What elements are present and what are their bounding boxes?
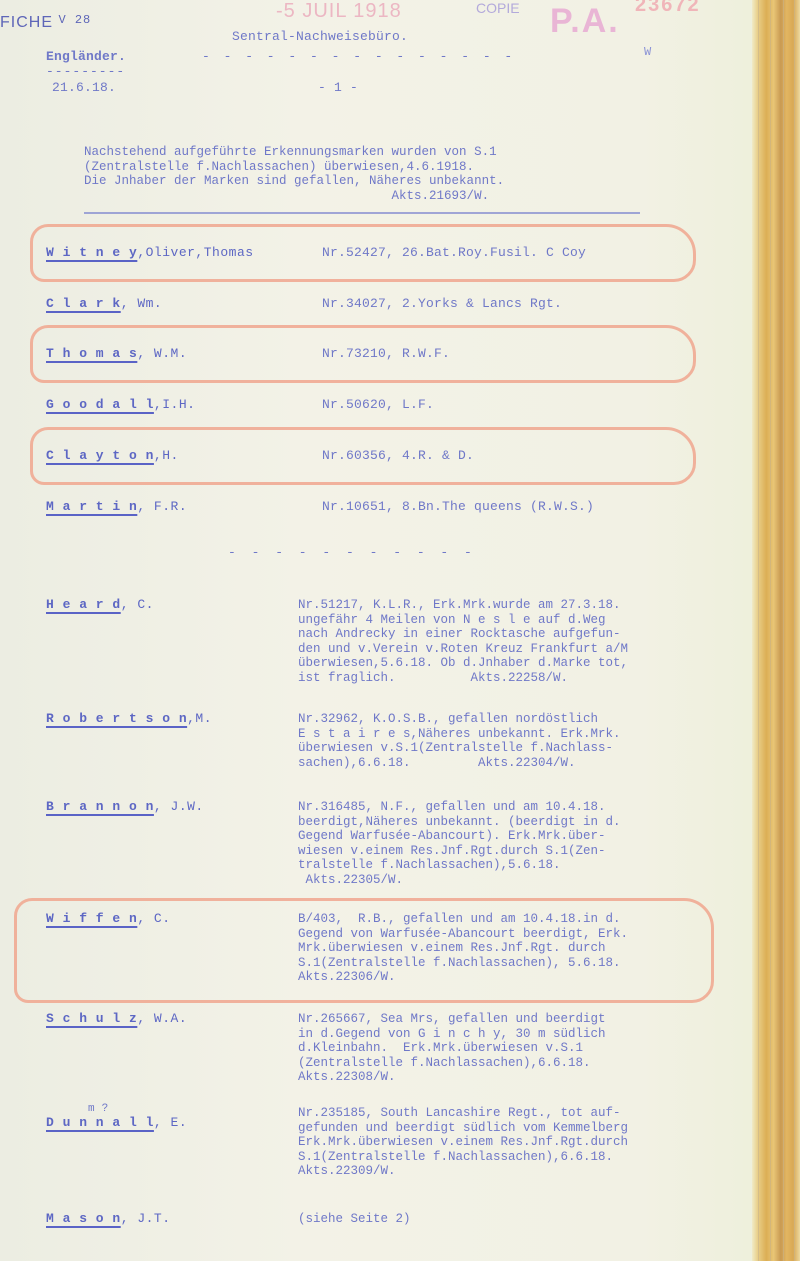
given-names: , Wm. xyxy=(121,296,163,311)
given-names: , W.A. xyxy=(137,1011,187,1026)
soldier-name: H e a r d, C. xyxy=(46,598,154,612)
surname: R o b e r t s o n xyxy=(46,711,187,726)
service-details: Nr.34027, 2.Yorks & Lancs Rgt. xyxy=(322,297,562,311)
entry-details: Nr.316485, N.F., gefallen und am 10.4.18… xyxy=(298,800,738,887)
page-number: - 1 - xyxy=(318,81,358,95)
given-names: , E. xyxy=(154,1115,187,1130)
entry-details: Nr.51217, K.L.R., Erk.Mrk.wurde am 27.3.… xyxy=(298,598,738,685)
soldier-name: D u n n a l l, E. xyxy=(46,1116,187,1130)
surname: M a r t i n xyxy=(46,499,137,514)
given-names: , J.W. xyxy=(154,799,204,814)
intro-rule xyxy=(84,212,640,214)
surname: M a s o n xyxy=(46,1211,121,1226)
soldier-name: M a s o n, J.T. xyxy=(46,1212,171,1226)
soldier-name: G o o d a l l,I.H. xyxy=(46,398,195,412)
document-date: 21.6.18. xyxy=(52,81,116,95)
entry-details: (siehe Seite 2) xyxy=(298,1212,738,1227)
office-title: Sentral-Nachweisebüro. xyxy=(232,30,408,44)
service-details: Nr.10651, 8.Bn.The queens (R.W.S.) xyxy=(322,500,594,514)
section-divider: - - - - - - - - - - - xyxy=(228,545,476,560)
date-stamp: -5 JUIL 1918 xyxy=(276,0,402,23)
entry-details: Nr.235185, South Lancashire Regt., tot a… xyxy=(298,1106,738,1179)
surname: C l a r k xyxy=(46,296,121,311)
given-names: , C. xyxy=(121,597,154,612)
nationality-underline: --------- xyxy=(46,65,125,79)
soldier-name: C l a r k, Wm. xyxy=(46,297,162,311)
name-annotation: m ? xyxy=(88,1102,108,1116)
fiche-label: FICHE V 28 xyxy=(0,14,91,32)
red-circle-mark xyxy=(30,427,696,485)
soldier-name: S c h u l z, W.A. xyxy=(46,1012,187,1026)
surname: B r a n n o n xyxy=(46,799,154,814)
entry-details: Nr.32962, K.O.S.B., gefallen nordöstlich… xyxy=(298,712,738,770)
page-edge-binding xyxy=(752,0,800,1261)
soldier-name: M a r t i n, F.R. xyxy=(46,500,187,514)
red-circle-mark xyxy=(30,325,696,383)
copie-stamp: COPIE xyxy=(476,0,520,16)
surname: H e a r d xyxy=(46,597,121,612)
given-names: , F.R. xyxy=(137,499,187,514)
given-names: ,I.H. xyxy=(154,397,196,412)
red-circle-mark xyxy=(14,898,714,1003)
soldier-name: R o b e r t s o n,M. xyxy=(46,712,212,726)
red-circle-mark xyxy=(30,224,696,282)
intro-paragraph: Nachstehend aufgeführte Erkennungsmarken… xyxy=(84,145,684,203)
surname: G o o d a l l xyxy=(46,397,154,412)
given-names: ,M. xyxy=(187,711,212,726)
entry-details: Nr.265667, Sea Mrs, gefallen und beerdig… xyxy=(298,1012,738,1085)
surname: D u n n a l l xyxy=(46,1115,154,1130)
soldier-name: B r a n n o n, J.W. xyxy=(46,800,204,814)
pa-stamp: P.A. xyxy=(550,2,620,41)
nationality-heading: Engländer. xyxy=(46,50,126,64)
given-names: , J.T. xyxy=(121,1211,171,1226)
number-stamp: 23672 xyxy=(635,0,701,17)
office-underline: - - - - - - - - - - - - - - - xyxy=(202,49,515,64)
service-details: Nr.50620, L.F. xyxy=(322,398,434,412)
surname: S c h u l z xyxy=(46,1011,137,1026)
corner-mark: W xyxy=(644,45,651,59)
